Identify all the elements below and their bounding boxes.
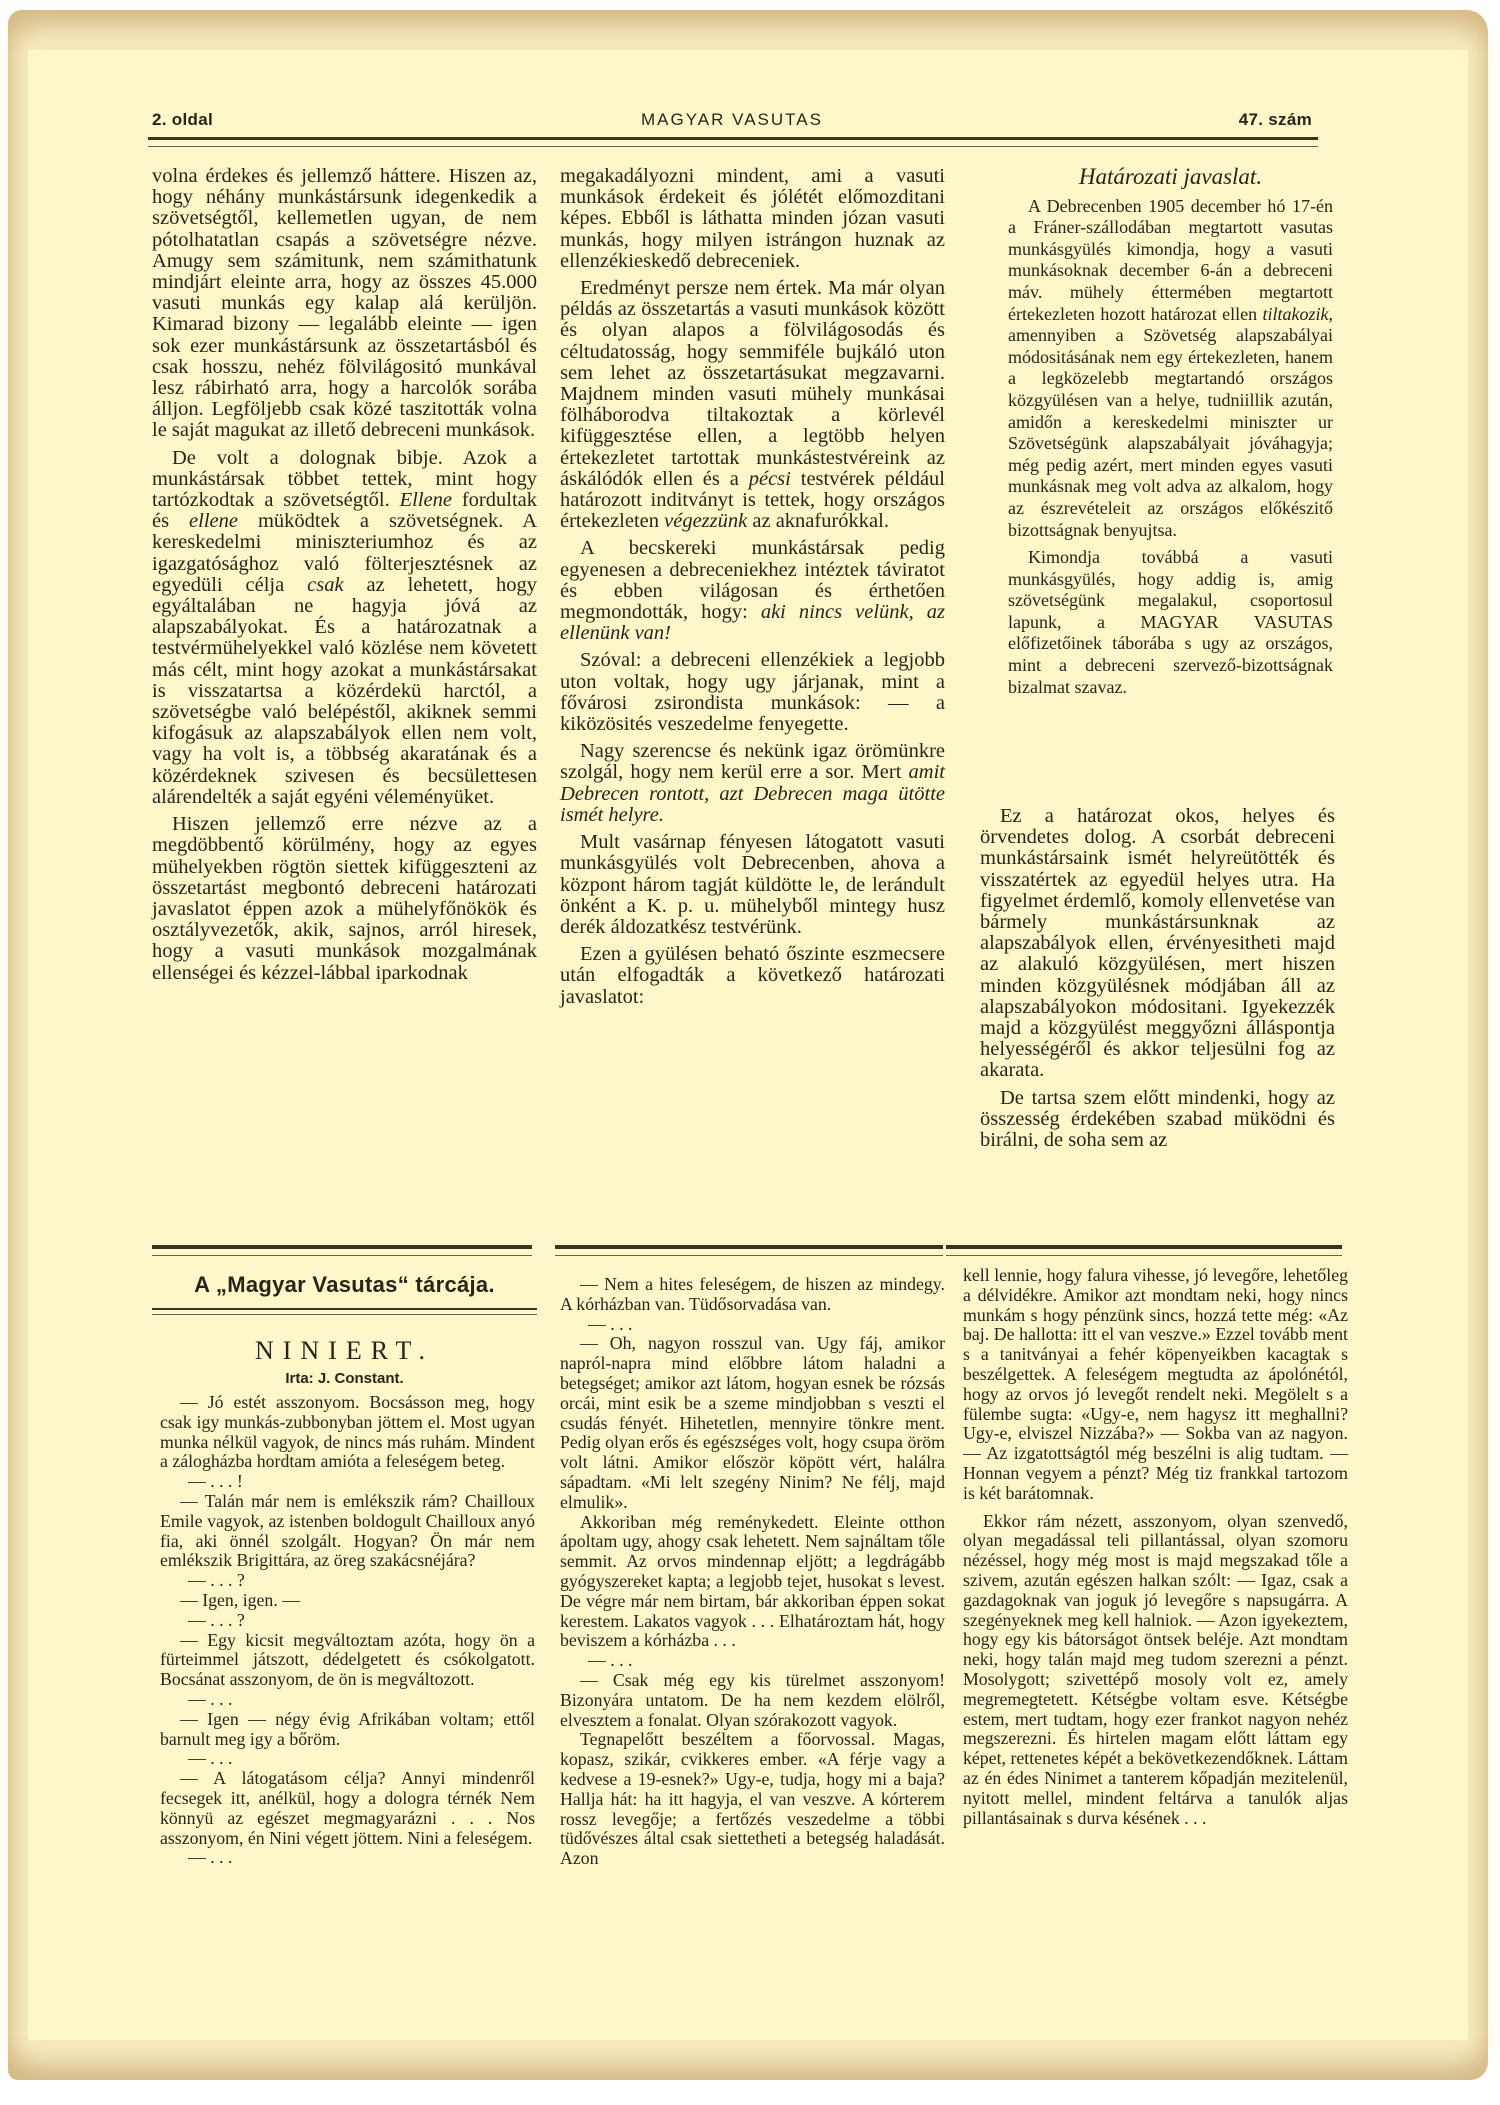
paragraph: Eredményt persze nem értek. Ma már olyan… [560,278,945,532]
feuilleton-heading: A „Magyar Vasutas“ tárcája. [152,1272,537,1298]
paragraph: A Debrecenben 1905 december hó 17-én a F… [1008,196,1333,542]
paragraph: — . . . [160,1848,535,1868]
paragraph: — . . . ? [160,1571,535,1591]
article-column-1: volna érdekes és jellemző háttere. Hisze… [152,166,537,984]
paragraph: De tartsa szem előtt mindenki, hogy az ö… [980,1088,1335,1152]
header-rule [148,137,1318,147]
paragraph: kell lennie, hogy falura vihesse, jó lev… [963,1266,1348,1504]
story-column-1: — Jó estét asszonyom. Bocsásson meg, hog… [160,1393,535,1868]
paragraph: Ezen a gyülésen beható őszinte eszmecser… [560,944,945,1008]
paragraph: — Csak még egy kis türelmet asszonyom! B… [560,1671,945,1730]
paragraph: Mult vasárnap fényesen látogatott vasuti… [560,832,945,938]
masthead: MAGYAR VASUTAS [152,110,1312,130]
paragraph: Kimondja továbbá a vasuti munkásgyülés, … [1008,547,1333,698]
paragraph: — . . . ! [160,1472,535,1492]
paragraph: Ekkor rám nézett, asszonyom, olyan szenv… [963,1512,1348,1829]
paragraph: — Egy kicsit megváltoztam azóta, hogy ön… [160,1631,535,1690]
paragraph: Tegnapelőtt beszéltem a főorvossal. Maga… [560,1730,945,1869]
resolution-title: Határozati javaslat. [1008,166,1333,188]
feuilleton-heading-rule [152,1308,537,1315]
paragraph: — Jó estét asszonyom. Bocsásson meg, hog… [160,1393,535,1472]
paragraph: volna érdekes és jellemző háttere. Hisze… [152,166,537,442]
story-column-3: kell lennie, hogy falura vihesse, jó lev… [963,1266,1348,1828]
paragraph: — Oh, nagyon rosszul van. Ugy fáj, amiko… [560,1334,945,1512]
section-divider-2 [555,1245,943,1256]
paragraph: De volt a dolognak bibje. Azok a munkást… [152,448,537,808]
paragraph: — A látogatásom célja? Annyi mindenről f… [160,1769,535,1848]
page-header: 2. oldal MAGYAR VASUTAS 47. szám [152,110,1312,134]
article-column-2: megakadályozni mindent, ami a vasuti mun… [560,166,945,1008]
paragraph: — Igen — négy évig Afrikában voltam; ett… [160,1710,535,1750]
paragraph: Hiszen jellemző erre nézve az a megdöbbe… [152,814,537,984]
story-author: Irta: J. Constant. [152,1370,537,1387]
paragraph: — . . . ? [160,1611,535,1631]
paragraph: Ez a határozat okos, helyes és örvendete… [980,806,1335,1082]
paragraph: — . . . [160,1690,535,1710]
resolution-text: A Debrecenben 1905 december hó 17-én a F… [1008,196,1333,699]
paragraph: — Talán már nem is emlékszik rám? Chaill… [160,1492,535,1571]
section-divider-3 [946,1245,1342,1256]
issue-number: 47. szám [1239,110,1312,130]
paragraph: Szóval: a debreceni ellenzékiek a legjob… [560,650,945,735]
paragraph: megakadályozni mindent, ami a vasuti mun… [560,166,945,272]
paragraph: A becskereki munkástársak pedig egyenese… [560,538,945,644]
story-column-2: — Nem a hites feleségem, de hiszen az mi… [560,1275,945,1869]
paragraph: — . . . [560,1651,945,1671]
paragraph: — . . . [560,1315,945,1335]
story-title: NINIERT. [152,1336,537,1366]
paragraph: Nagy szerencse és nekünk igaz örömünkre … [560,741,945,826]
paragraph: — Nem a hites feleségem, de hiszen az mi… [560,1275,945,1315]
resolution-box: Határozati javaslat. A Debrecenben 1905 … [1008,166,1333,698]
paragraph: — . . . [160,1749,535,1769]
paragraph: Akkoriban még reménykedett. Eleinte otth… [560,1513,945,1652]
section-divider-1 [152,1245,532,1256]
paragraph: — Igen, igen. — [160,1591,535,1611]
article-column-3: Ez a határozat okos, helyes és örvendete… [980,806,1335,1151]
